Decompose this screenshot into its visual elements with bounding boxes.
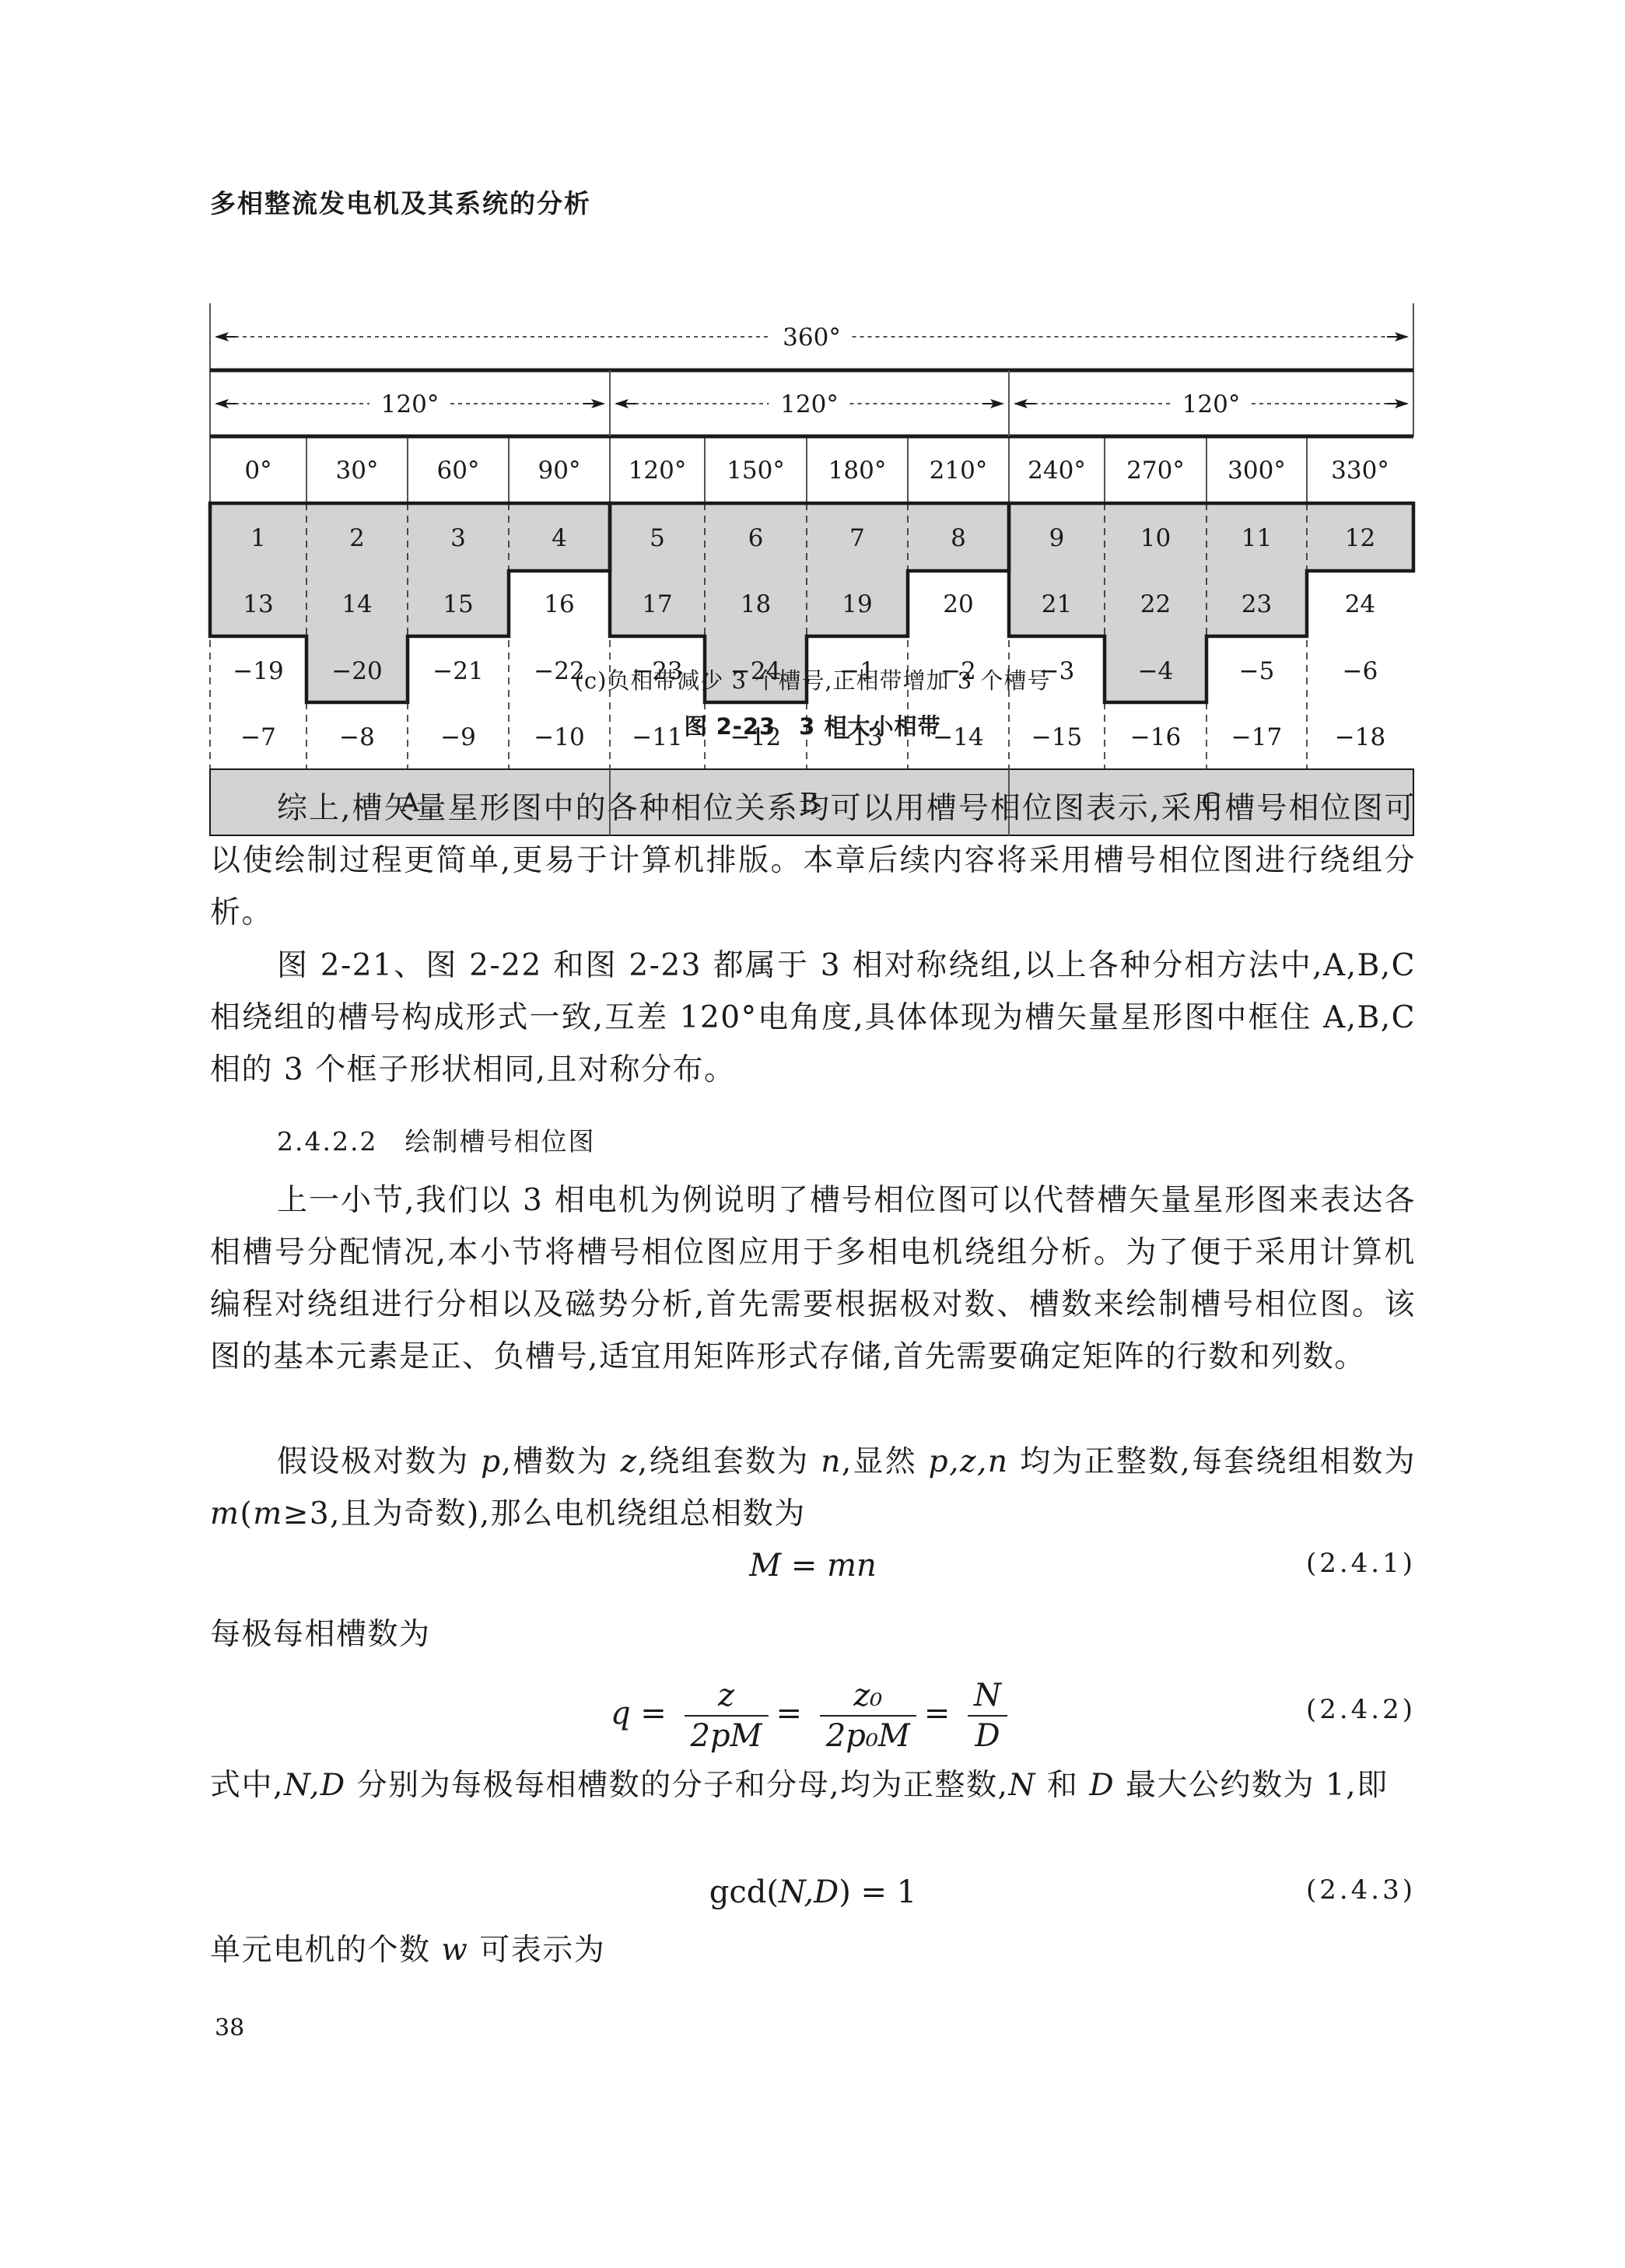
svg-text:14: 14 [341, 590, 372, 618]
svg-text:1: 1 [250, 524, 266, 552]
svg-text:23: 23 [1242, 590, 1272, 618]
svg-text:8: 8 [951, 524, 966, 552]
equation-2-4-1: M = mn (2.4.1) [210, 1548, 1416, 1602]
svg-text:150°: 150° [727, 457, 785, 485]
svg-text:17: 17 [642, 590, 672, 618]
equation-2-4-3: gcd(N,D) = 1 (2.4.3) [210, 1874, 1416, 1929]
svg-text:11: 11 [1242, 524, 1272, 552]
svg-text:5: 5 [650, 524, 665, 552]
svg-text:9: 9 [1049, 524, 1065, 552]
equation-2-4-2: q = z2pM= z₀2p₀M= ND (2.4.2) [210, 1671, 1416, 1756]
svg-text:3: 3 [450, 524, 466, 552]
svg-text:2: 2 [349, 524, 365, 552]
svg-text:6: 6 [748, 524, 764, 552]
paragraph-intro: 上一小节,我们以 3 相电机为例说明了槽号相位图可以代替槽矢量星形图来表达各相槽… [210, 1174, 1416, 1383]
paragraph-symmetry: 图 2-21、图 2-22 和图 2-23 都属于 3 相对称绕组,以上各种分相… [210, 940, 1416, 1096]
svg-text:18: 18 [741, 590, 771, 618]
svg-text:180°: 180° [828, 457, 887, 485]
svg-text:4: 4 [552, 524, 567, 552]
svg-text:240°: 240° [1028, 457, 1086, 485]
equation-number: (2.4.2) [1306, 1694, 1416, 1725]
svg-text:22: 22 [1140, 590, 1171, 618]
svg-text:24: 24 [1345, 590, 1375, 618]
paragraph-summary: 综上,槽矢量星形图中的各种相位关系均可以用槽号相位图表示,采用槽号相位图可以使绘… [210, 782, 1416, 939]
svg-text:19: 19 [842, 590, 872, 618]
svg-text:90°: 90° [538, 457, 581, 485]
svg-text:0°: 0° [244, 457, 271, 485]
svg-text:30°: 30° [336, 457, 379, 485]
svg-text:21: 21 [1042, 590, 1072, 618]
figure-caption: 图 2-23 3 相大小相带 [0, 709, 1625, 741]
svg-text:330°: 330° [1331, 457, 1389, 485]
paragraph-nd-definition: 式中,N,D 分别为每极每相槽数的分子和分母,均为正整数,N 和 D 最大公约数… [210, 1759, 1416, 1811]
svg-text:10: 10 [1140, 524, 1171, 552]
svg-text:120°: 120° [780, 390, 839, 418]
figure-subcaption: (c)负相带减少 3 个槽号,正相带增加 3 个槽号 [0, 663, 1625, 695]
svg-text:12: 12 [1345, 524, 1375, 552]
paragraph-unit-motor: 单元电机的个数 w 可表示为 [210, 1924, 1416, 1976]
section-heading: 2.4.2.2 绘制槽号相位图 [277, 1122, 595, 1158]
svg-text:210°: 210° [930, 457, 988, 485]
svg-text:16: 16 [544, 590, 574, 618]
svg-text:20: 20 [943, 590, 973, 618]
paragraph-definitions: 假设极对数为 p,槽数为 z,绕组套数为 n,显然 p,z,n 均为正整数,每套… [210, 1436, 1416, 1540]
paragraph-q-intro: 每极每相槽数为 [210, 1608, 1416, 1661]
page-number: 38 [215, 2014, 244, 2042]
svg-text:300°: 300° [1228, 457, 1286, 485]
svg-text:270°: 270° [1126, 457, 1185, 485]
svg-text:7: 7 [849, 524, 865, 552]
equation-number: (2.4.3) [1306, 1874, 1416, 1906]
svg-text:120°: 120° [629, 457, 687, 485]
svg-text:360°: 360° [783, 324, 841, 352]
svg-text:15: 15 [443, 590, 473, 618]
svg-text:13: 13 [243, 590, 273, 618]
svg-text:120°: 120° [381, 390, 440, 418]
svg-text:120°: 120° [1182, 390, 1241, 418]
svg-text:60°: 60° [437, 457, 480, 485]
equation-number: (2.4.1) [1306, 1548, 1416, 1579]
